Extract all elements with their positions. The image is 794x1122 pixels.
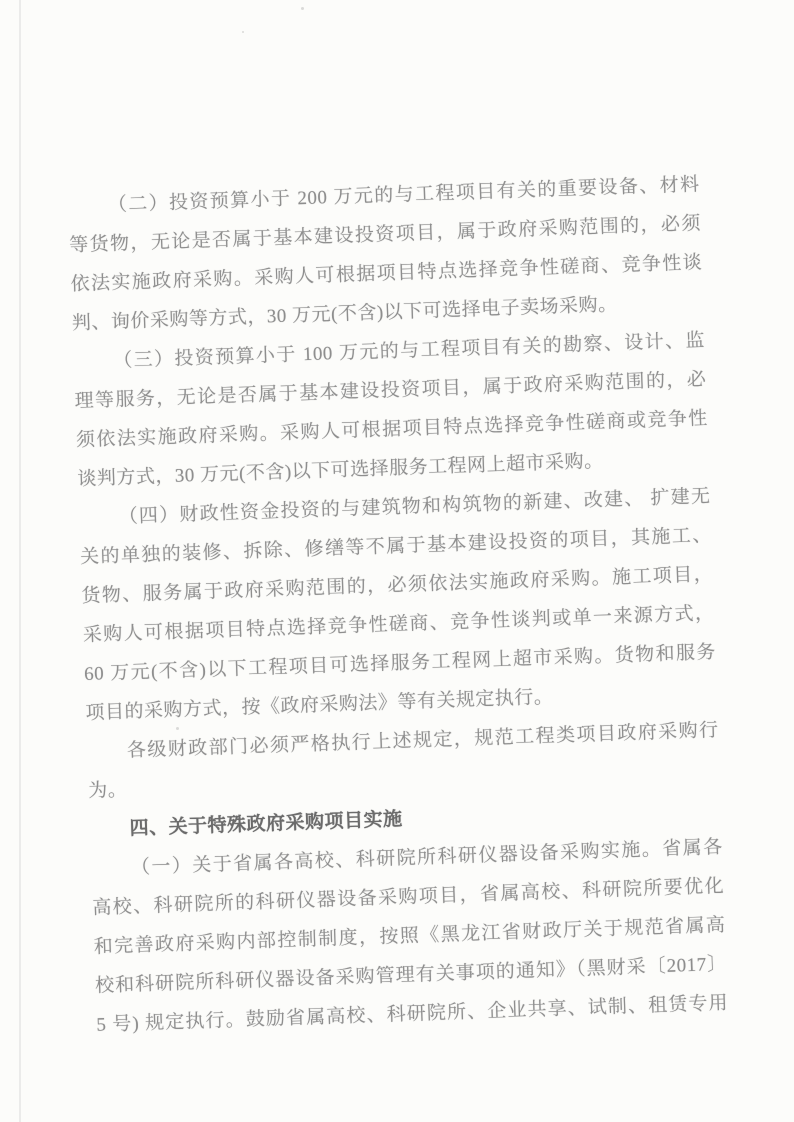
document-page: （二）投资预算小于 200 万元的与工程项目有关的重要设备、材料 等货物，无论是…: [0, 0, 794, 1122]
scan-edge-artifact: [19, 0, 21, 1122]
paragraph-section-1: （一）关于省属各高校、科研院所科研仪器设备采购实施。省属各 高校、科研院所的科研…: [90, 828, 728, 1045]
document-text-block: （二）投资预算小于 200 万元的与工程项目有关的重要设备、材料 等货物，无论是…: [67, 165, 729, 1045]
paragraph-section-3: （三）投资预算小于 100 万元的与工程项目有关的勘察、设计、监 理等服务，无论…: [73, 321, 710, 499]
scan-speck: [301, 7, 304, 10]
paragraph-section-2: （二）投资预算小于 200 万元的与工程项目有关的重要设备、材料 等货物，无论是…: [67, 165, 704, 343]
scan-speck: [242, 31, 244, 33]
paragraph-section-4: （四）财政性资金投资的与建筑物和构筑物的新建、改建、 扩建无 关的单独的装修、拆…: [78, 477, 718, 733]
